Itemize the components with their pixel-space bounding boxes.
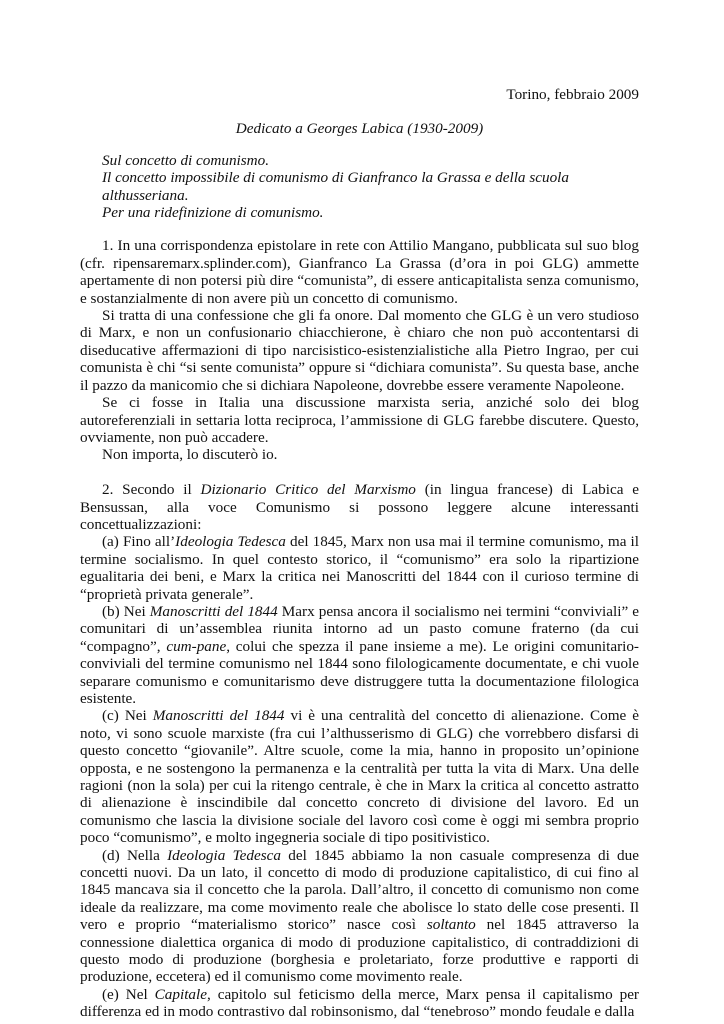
book-title: Dizionario Critico del Marxismo xyxy=(201,481,416,498)
dedication: Dedicato a Georges Labica (1930-2009) xyxy=(80,120,639,137)
subtitle-block: Sul concetto di comunismo. Il concetto i… xyxy=(80,152,639,222)
book-title: Ideologia Tedesca xyxy=(167,847,281,864)
text: vi è una centralità del concetto di alie… xyxy=(80,707,639,846)
book-title: Manoscritti del 1844 xyxy=(153,707,285,724)
paragraph: Si tratta di una confessione che gli fa … xyxy=(80,307,639,394)
text: (d) Nella xyxy=(102,847,167,864)
paragraph-b: (b) Nei Manoscritti del 1844 Marx pensa … xyxy=(80,603,639,707)
paragraph: Se ci fosse in Italia una discussione ma… xyxy=(80,394,639,446)
paragraph: 1. In una corrispondenza epistolare in r… xyxy=(80,237,639,307)
subtitle-line: Sul concetto di comunismo. xyxy=(102,152,639,169)
subtitle-line: Il concetto impossibile di comunismo di … xyxy=(102,169,639,204)
paragraph-c: (c) Nei Manoscritti del 1844 vi è una ce… xyxy=(80,707,639,846)
emphasis: cum-pane xyxy=(166,638,226,655)
text: (e) Nel xyxy=(102,986,155,1003)
section-1: 1. In una corrispondenza epistolare in r… xyxy=(80,237,639,463)
book-title: Manoscritti del 1844 xyxy=(150,603,278,620)
text: (b) Nei xyxy=(102,603,150,620)
text: (a) Fino all’ xyxy=(102,533,175,550)
paragraph-d: (d) Nella Ideologia Tedesca del 1845 abb… xyxy=(80,847,639,986)
paragraph-a: (a) Fino all’Ideologia Tedesca del 1845,… xyxy=(80,533,639,603)
document-page: Torino, febbraio 2009 Dedicato a Georges… xyxy=(80,86,639,1021)
paragraph: Non importa, lo discuterò io. xyxy=(80,446,639,463)
paragraph-intro: 2. Secondo il Dizionario Critico del Mar… xyxy=(80,481,639,533)
book-title: Capitale xyxy=(155,986,207,1003)
paragraph-e: (e) Nel Capitale, capitolo sul feticismo… xyxy=(80,986,639,1021)
section-2: 2. Secondo il Dizionario Critico del Mar… xyxy=(80,481,639,1021)
emphasis: soltanto xyxy=(427,916,476,933)
document-date: Torino, febbraio 2009 xyxy=(80,86,639,103)
text: (c) Nei xyxy=(102,707,153,724)
text: 2. Secondo il xyxy=(102,481,201,498)
subtitle-line: Per una ridefinizione di comunismo. xyxy=(102,204,639,221)
book-title: Ideologia Tedesca xyxy=(175,533,286,550)
